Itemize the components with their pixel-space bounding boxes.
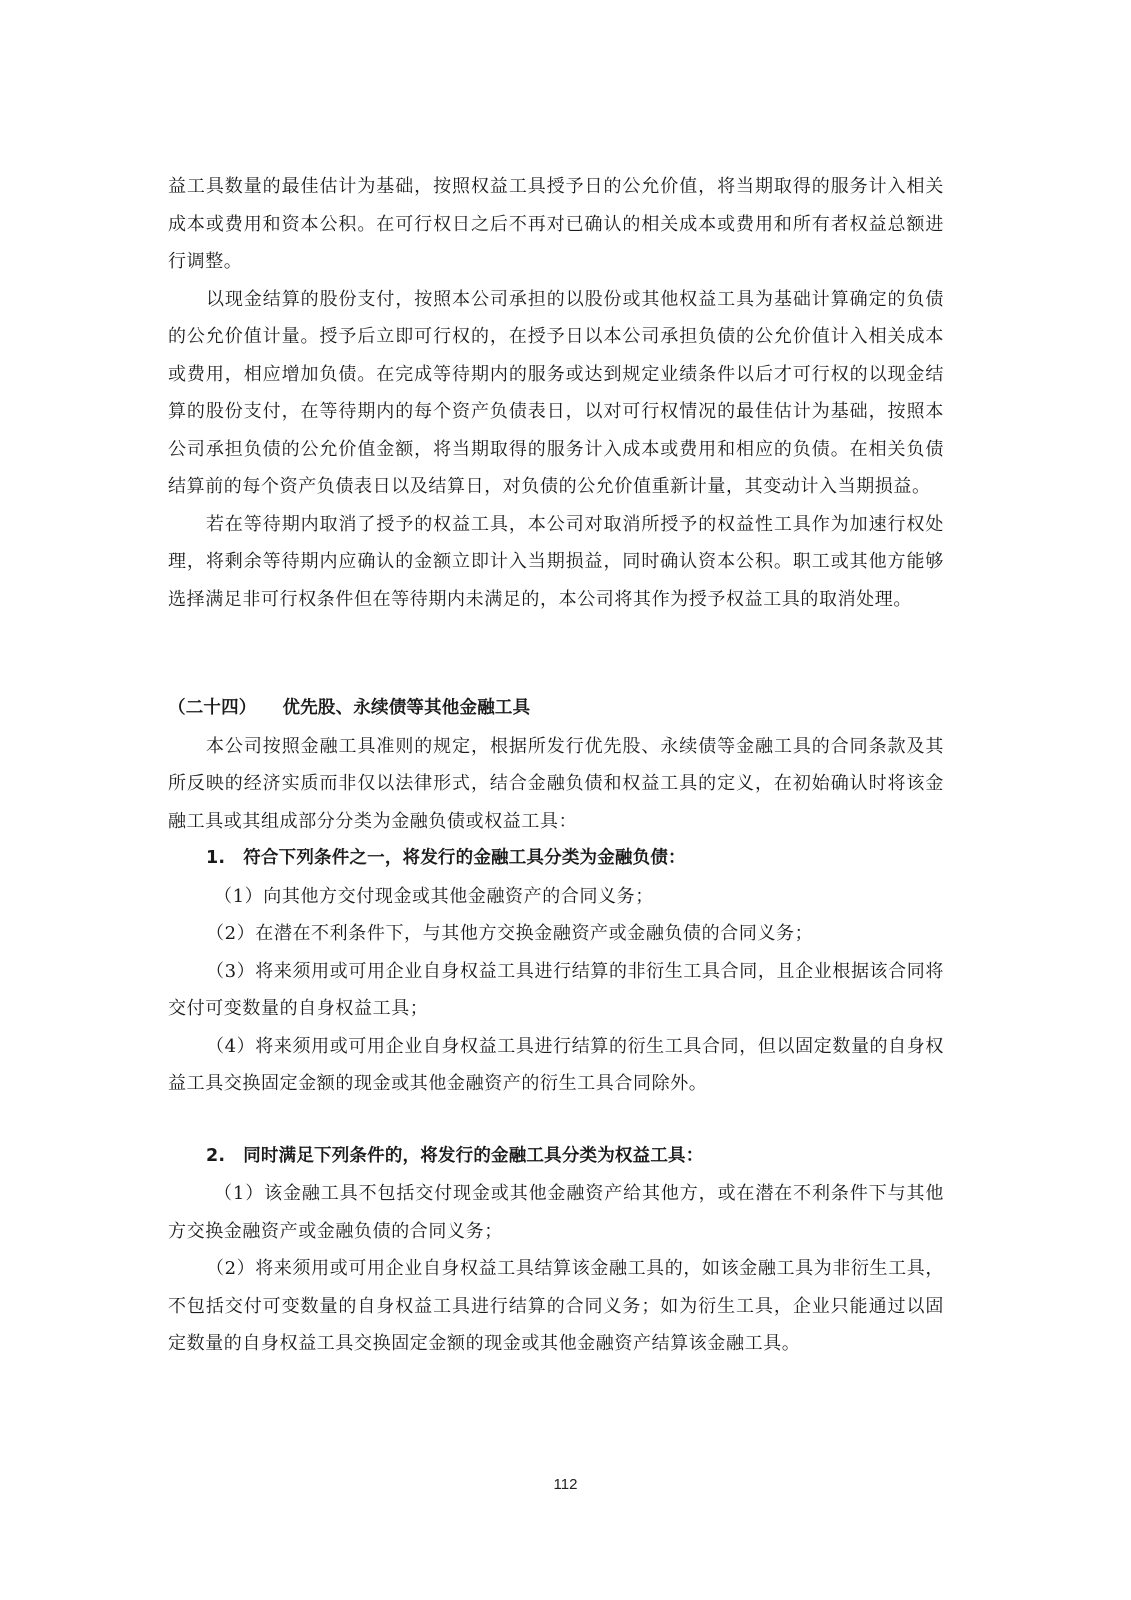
subsection-title: 同时满足下列条件的，将发行的金融工具分类为权益工具： (243, 1146, 703, 1166)
subsection-heading-2: 2.同时满足下列条件的，将发行的金融工具分类为权益工具： (168, 1138, 944, 1176)
document-page: 益工具数量的最佳估计为基础，按照权益工具授予日的公允价值，将当期取得的服务计入相… (168, 168, 944, 1363)
subsection-number: 1. (206, 848, 225, 868)
list-item: （1）该金融工具不包括交付现金或其他金融资产给其他方，或在潜在不利条件下与其他方… (168, 1175, 944, 1250)
spacer (168, 1103, 944, 1138)
section-intro: 本公司按照金融工具准则的规定，根据所发行优先股、永续债等金融工具的合同条款及其所… (168, 728, 944, 841)
subsection-heading-1: 1.符合下列条件之一，将发行的金融工具分类为金融负债： (168, 840, 944, 878)
subsection-number: 2. (206, 1146, 225, 1166)
section-heading: （二十四）优先股、永续债等其他金融工具 (168, 690, 944, 728)
paragraph-cancellation: 若在等待期内取消了授予的权益工具，本公司对取消所授予的权益性工具作为加速行权处理… (168, 506, 944, 619)
list-item: （3）将来须用或可用企业自身权益工具进行结算的非衍生工具合同，且企业根据该合同将… (168, 953, 944, 1028)
list-item: （1）向其他方交付现金或其他金融资产的合同义务； (168, 878, 944, 916)
page-number: 112 (0, 1476, 1131, 1493)
section-number: （二十四） (168, 698, 257, 718)
list-item: （2）将来须用或可用企业自身权益工具结算该金融工具的，如该金融工具为非衍生工具，… (168, 1250, 944, 1363)
paragraph-cash-settled: 以现金结算的股份支付，按照本公司承担的以股份或其他权益工具为基础计算确定的负债的… (168, 281, 944, 506)
spacer (168, 618, 944, 653)
section-title: 优先股、永续债等其他金融工具 (283, 698, 531, 718)
subsection-title: 符合下列条件之一，将发行的金融工具分类为金融负债： (243, 848, 686, 868)
paragraph-continued: 益工具数量的最佳估计为基础，按照权益工具授予日的公允价值，将当期取得的服务计入相… (168, 168, 944, 281)
list-item: （2）在潜在不利条件下，与其他方交换金融资产或金融负债的合同义务； (168, 915, 944, 953)
list-item: （4）将来须用或可用企业自身权益工具进行结算的衍生工具合同，但以固定数量的自身权… (168, 1028, 944, 1103)
